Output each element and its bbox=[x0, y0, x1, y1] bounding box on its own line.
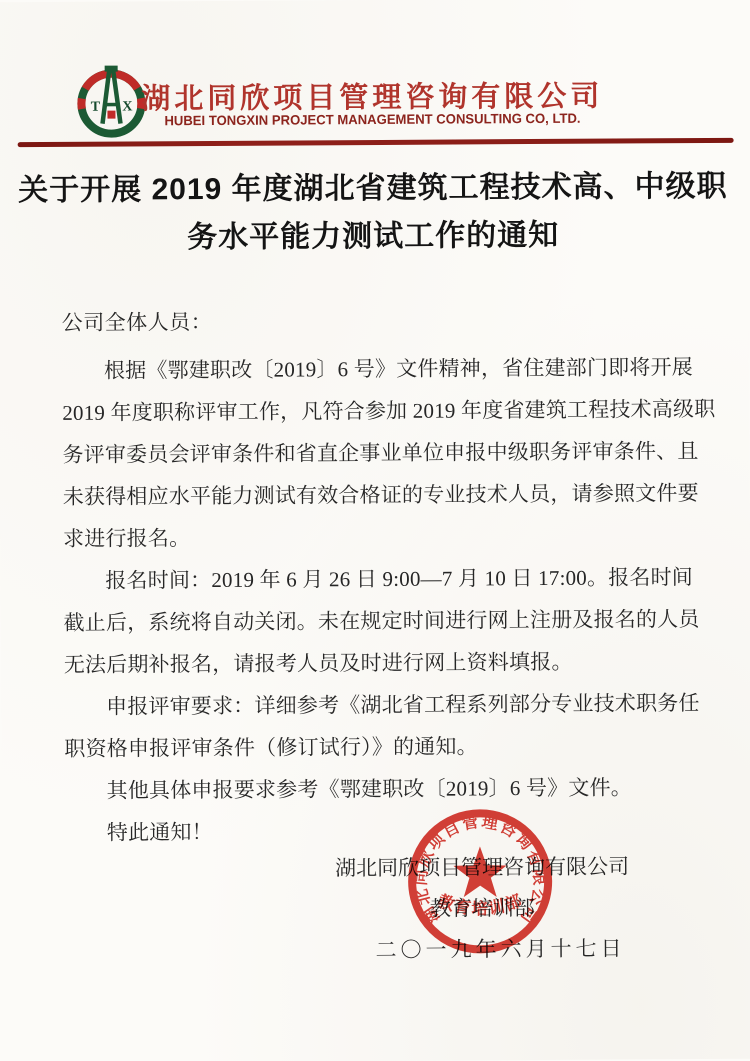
company-seal-stamp: 湖北同欣项目管理咨询有限公司 教育培训部 bbox=[400, 801, 561, 962]
document-body: 公司全体人员： 根据《鄂建职改〔2019〕6 号》文件精神，省住建部门即将开展 … bbox=[62, 298, 716, 973]
paragraph-3: 申报评审要求：详细参考《湖北省工程系列部分专业技术职务任 职资格申报评审条件（修… bbox=[64, 682, 715, 770]
paragraph-4: 其他具体申报要求参考《鄂建职改〔2019〕6 号》文件。 bbox=[64, 766, 714, 812]
scanned-notice-document: T X 湖北同欣项目管理咨询有限公司 HUBEI TONGXIN PROJECT… bbox=[0, 0, 750, 1061]
document-title: 关于开展 2019 年度湖北省建筑工程技术高、中级职 务水平能力测试工作的通知 bbox=[0, 163, 748, 264]
company-name-english: HUBEI TONGXIN PROJECT MANAGEMENT CONSULT… bbox=[9, 110, 737, 129]
signature-block: 湖北同欣项目管理咨询有限公司 教育培训部 二〇一九年六月十七日 bbox=[65, 846, 696, 973]
paragraph-1: 根据《鄂建职改〔2019〕6 号》文件精神，省住建部门即将开展 2019 年度职… bbox=[62, 346, 713, 560]
paragraph-2: 报名时间：2019 年 6 月 26 日 9:00—7 月 10 日 17:00… bbox=[63, 556, 714, 686]
salutation: 公司全体人员： bbox=[62, 298, 712, 344]
svg-text:教育培训部: 教育培训部 bbox=[435, 890, 525, 919]
seal-star-icon bbox=[453, 846, 507, 897]
seal-bottom-text: 教育培训部 bbox=[435, 890, 525, 919]
